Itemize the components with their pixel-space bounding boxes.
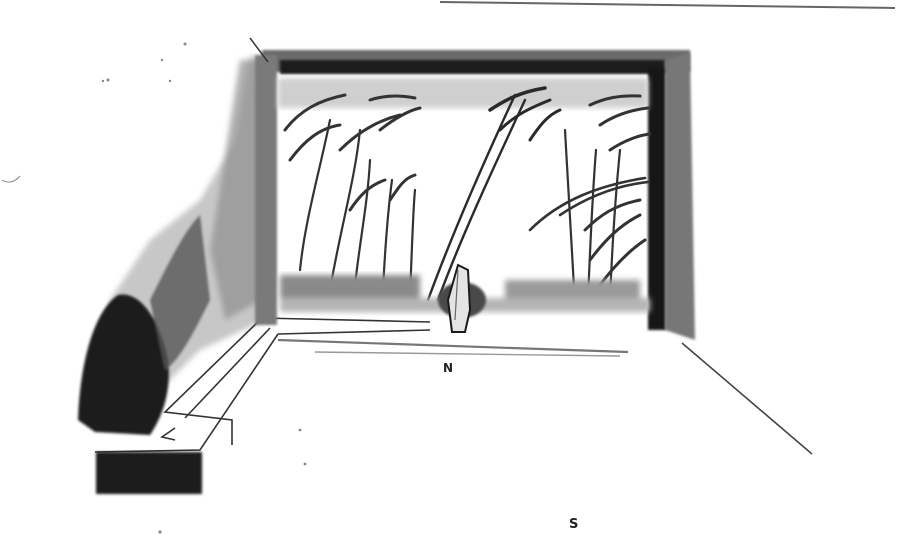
- platform-front-shadow: [96, 452, 202, 494]
- paper-edge-line: [440, 2, 895, 8]
- floor-edge-line: [682, 343, 812, 454]
- south-label: S: [569, 517, 578, 532]
- dark-shrub: [78, 215, 210, 435]
- north-label: N: [443, 361, 453, 375]
- standing-stone: [438, 265, 486, 332]
- pencil-sketch: [0, 0, 900, 546]
